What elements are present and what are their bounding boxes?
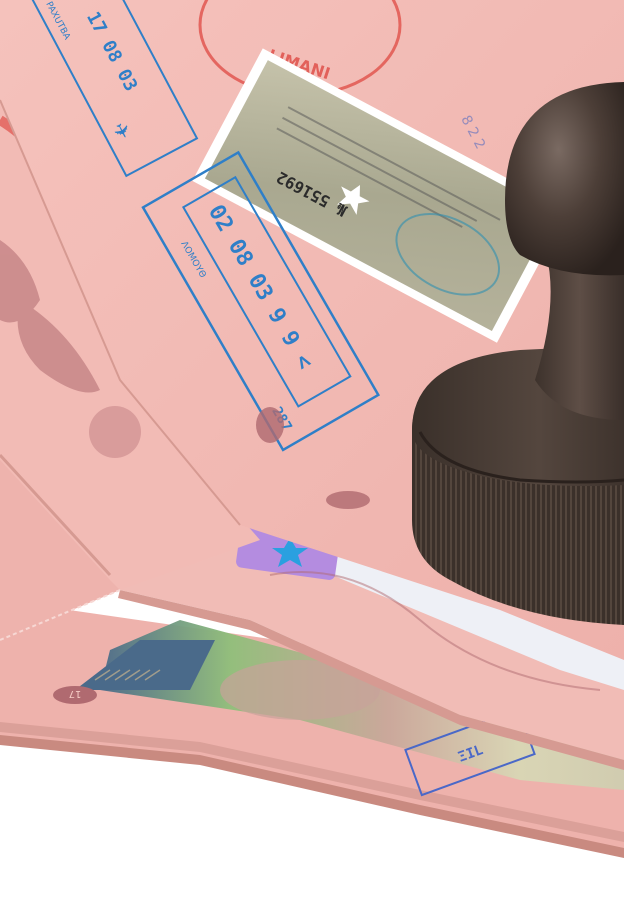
page-number-bottom-left: 17 [53, 686, 97, 704]
svg-text:17: 17 [69, 688, 82, 699]
passport-photo-scene: ΞIL 17 LIMANI [0, 0, 624, 924]
